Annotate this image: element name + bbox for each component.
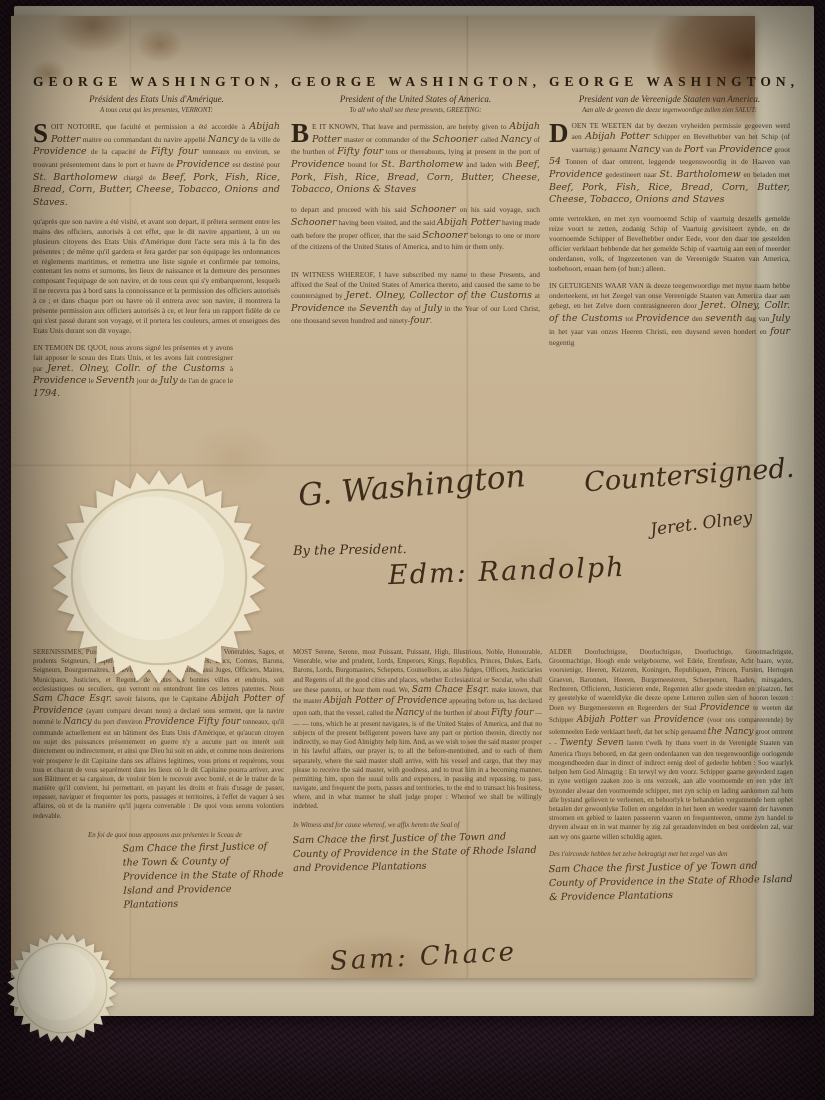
printed-text: groot: [772, 145, 790, 154]
french-body-paragraph: qu'après que son navire a été visité, et…: [33, 217, 280, 336]
printed-text: to depart and proceed with his said: [291, 205, 410, 214]
handwritten-entry: seventh: [705, 313, 742, 324]
french-subtitle: Président des Etats Unis d'Amérique.: [33, 94, 280, 104]
handwritten-entry: Providence: [719, 144, 773, 155]
dutch-attestation-lead: Des t'oirconde hebben het zelve bekragti…: [549, 850, 793, 859]
dutch-title: GEORGE WASHINGTON,: [549, 74, 790, 90]
french-witness-paragraph: EN TEMOIN DE QUOI, nous avons signé les …: [33, 343, 233, 401]
printed-text: and laden with: [463, 160, 516, 169]
handwritten-entry: St. Bartholomew: [33, 172, 118, 183]
printed-text: day of: [398, 304, 423, 313]
printed-text: — — — tons, which he at present navigate…: [293, 710, 542, 810]
printed-text: .: [430, 316, 432, 325]
printed-text: den: [689, 314, 705, 323]
printed-text: Tonnen of daar omtrent, leggende teegens…: [561, 157, 790, 166]
handwritten-entry: Schooner: [291, 217, 337, 228]
printed-text: master or commander of the: [341, 135, 432, 144]
printed-text: tonneaux, qu'il commande actuellement es…: [33, 719, 284, 819]
printed-text: tot: [623, 314, 636, 323]
french-column: GEORGE WASHINGTON, Président des Etats U…: [33, 74, 280, 401]
english-witness-paragraph: IN WITNESS WHEREOF, I have subscribed my…: [291, 270, 540, 328]
printed-text: ALDER Doorluchtigste, Doorluchtigste, Do…: [549, 649, 793, 712]
handwritten-entry: Providence: [654, 715, 704, 725]
dutch-dropcap: D: [549, 121, 572, 144]
printed-text: maitre ou commandant du navire appellé: [80, 135, 207, 144]
handwritten-entry: four: [410, 315, 430, 326]
printed-text: negentig: [549, 338, 574, 347]
dutch-lower-paragraph: ALDER Doorluchtigste, Doorluchtigste, Do…: [549, 648, 793, 842]
french-title: GEORGE WASHINGTON,: [33, 74, 280, 90]
printed-text: OIT NOTOIRE, que faculté et permission a…: [51, 122, 249, 131]
handwritten-entry: Schooner: [410, 204, 456, 215]
dutch-opening-paragraph: DOEN TE WEETEN dat by deezen vryheiden p…: [549, 121, 790, 207]
handwritten-entry: Port: [684, 144, 704, 155]
handwritten-entry: Abijah Potter: [585, 131, 650, 142]
printed-text: de l'an de grace le: [178, 376, 233, 385]
handwritten-entry: St. Bartholomew: [381, 159, 463, 170]
handwritten-entry: Seventh: [359, 303, 398, 314]
handwritten-entry: Providence: [33, 146, 87, 157]
printed-text: on his said voyage, such: [456, 205, 540, 214]
handwritten-entry: Nancy: [395, 708, 424, 718]
dutch-salutation: Aan alle de geenen die deeze tegenwoordi…: [549, 107, 790, 114]
dutch-lower-column: ALDER Doorluchtigste, Doorluchtigste, Do…: [549, 642, 793, 903]
handwritten-entry: Seventh: [96, 375, 135, 386]
dutch-body-paragraph: omte vertrekken, en met zyn voornoemd Sc…: [549, 214, 790, 274]
printed-text: jour de: [135, 376, 160, 385]
english-opening-paragraph: BE IT KNOWN, That leave and permission, …: [291, 121, 540, 197]
printed-text: having been visited, and the said: [337, 218, 437, 227]
printed-text: of the burthen of about: [424, 710, 491, 717]
english-attestation-lead: In Witness and for cause whereof, we aff…: [293, 821, 542, 830]
handwritten-entry: Nancy: [629, 144, 660, 155]
printed-text: dag van: [743, 314, 772, 323]
handwritten-entry: Abijah Potter of Providence: [324, 696, 448, 706]
handwritten-entry: Beef, Pork, Fish, Rice, Bread, Corn, But…: [549, 182, 790, 206]
printed-text: tons or thereabouts, lying at present in…: [383, 147, 540, 156]
dutch-column: GEORGE WASHINGTON, President van de Vere…: [549, 74, 790, 348]
handwritten-entry: Providence: [636, 313, 690, 324]
english-subtitle: President of the United States of Americ…: [291, 94, 540, 104]
handwritten-entry: four: [770, 326, 790, 337]
printed-text: le: [87, 376, 96, 385]
english-title: GEORGE WASHINGTON,: [291, 74, 540, 90]
handwritten-entry: July: [160, 375, 178, 386]
printed-text: E IT KNOWN, That leave and permission, a…: [312, 122, 509, 131]
french-dropcap: S: [33, 121, 51, 144]
printed-text: savoir faisons, que le Capitaine: [112, 696, 211, 703]
handwritten-entry: Jeret. Olney, Collector of the Customs: [346, 290, 532, 301]
handwritten-entry: Nancy: [501, 134, 532, 145]
handwritten-entry: Fifty four: [491, 708, 533, 718]
embossed-paper-seal-large: [50, 468, 268, 686]
printed-text: est destiné pour: [230, 160, 280, 169]
handwritten-entry: Nancy: [208, 134, 239, 145]
dutch-attestation-handwriting: Sam Chace the first Justice of ye Town a…: [549, 859, 794, 905]
handwritten-entry: Providence: [176, 159, 230, 170]
handwritten-entry: Schooner: [432, 134, 478, 145]
handwritten-entry: 1794.: [33, 388, 60, 399]
seal-starburst-icon: [6, 932, 118, 1044]
printed-text: en beladen met: [741, 170, 790, 179]
handwritten-entry: Providence Fifty four: [145, 717, 241, 727]
french-opening-paragraph: SOIT NOTOIRE, que faculté et permission …: [33, 121, 280, 210]
handwritten-entry: Fifty four: [151, 146, 198, 157]
handwritten-entry: the Nancy: [708, 727, 754, 737]
handwritten-entry: Providence: [291, 303, 345, 314]
handwritten-entry: Providence: [291, 159, 345, 170]
handwritten-entry: Providence: [700, 703, 750, 713]
printed-text: the: [345, 304, 360, 313]
english-attestation-handwriting: Sam Chace the first Justice of the Town …: [293, 830, 543, 876]
french-attestation-lead: En foi de quoi nous apposons aux présent…: [33, 831, 284, 840]
english-salutation: To all who shall see these presents, GRE…: [291, 107, 540, 114]
handwritten-entry: St. Bartholomew: [659, 169, 740, 180]
handwritten-entry: Fifty four: [337, 146, 383, 157]
english-dropcap: B: [291, 121, 312, 144]
printed-text: called: [478, 135, 501, 144]
by-the-president-label: By the President.: [293, 542, 407, 559]
printed-text: van: [637, 717, 654, 724]
handwritten-entry: July: [772, 313, 790, 324]
handwritten-entry: Sam Chace Esqr.: [412, 685, 489, 695]
printed-text: chargé de: [118, 173, 162, 182]
printed-text: van de: [660, 145, 684, 154]
printed-text: in het yaar van onzes Heeren Christi, ee…: [549, 327, 770, 336]
handwritten-entry: 54: [549, 156, 561, 167]
english-body-paragraph: to depart and proceed with his said Scho…: [291, 204, 540, 252]
english-lower-column: MOST Serene, Serene, most Puissant, Puis…: [293, 642, 542, 874]
printed-text: de la ville de: [239, 135, 280, 144]
handwritten-entry: July: [424, 303, 442, 314]
printed-text: de la capacité de: [87, 147, 151, 156]
handwritten-entry: Twenty Seven: [560, 738, 624, 748]
handwritten-entry: Nancy: [63, 717, 92, 727]
printed-text: at: [532, 291, 540, 300]
printed-text: lasten t'welk hy thans voert in de Veren…: [549, 740, 793, 840]
embossed-paper-seal-small: [6, 932, 118, 1044]
french-attestation-handwriting: Sam Chace the first Justice of the Town …: [32, 840, 284, 914]
handwritten-entry: Schooner: [422, 230, 468, 241]
french-salutation: A tous ceux qui les presentes, VERRONT:: [33, 107, 280, 114]
handwritten-entry: Providence: [549, 169, 603, 180]
printed-text: à: [225, 364, 233, 373]
printed-text: bound for: [345, 160, 382, 169]
dutch-subtitle: President van de Vereenigde Staaten van …: [549, 94, 790, 104]
dutch-witness-paragraph: IN GETUIGENIS WAAR VAN ik deeze teegenwo…: [549, 281, 790, 349]
handwritten-entry: Sam Chace Esqr.: [33, 694, 112, 704]
english-lower-paragraph: MOST Serene, Serene, most Puissant, Puis…: [293, 648, 542, 812]
english-column: GEORGE WASHINGTON, President of the Unit…: [291, 74, 540, 328]
handwritten-entry: Providence: [33, 375, 87, 386]
printed-text: van: [704, 145, 719, 154]
handwritten-entry: Abijah Potter: [437, 217, 500, 228]
seal-starburst-icon: [50, 468, 268, 686]
printed-text: du port d'environ: [92, 719, 145, 726]
handwritten-entry: Abijah Potter: [577, 715, 637, 725]
printed-text: gedestineert naar: [603, 170, 660, 179]
handwritten-entry: Jeret. Olney, Collr. of the Customs: [47, 363, 225, 374]
